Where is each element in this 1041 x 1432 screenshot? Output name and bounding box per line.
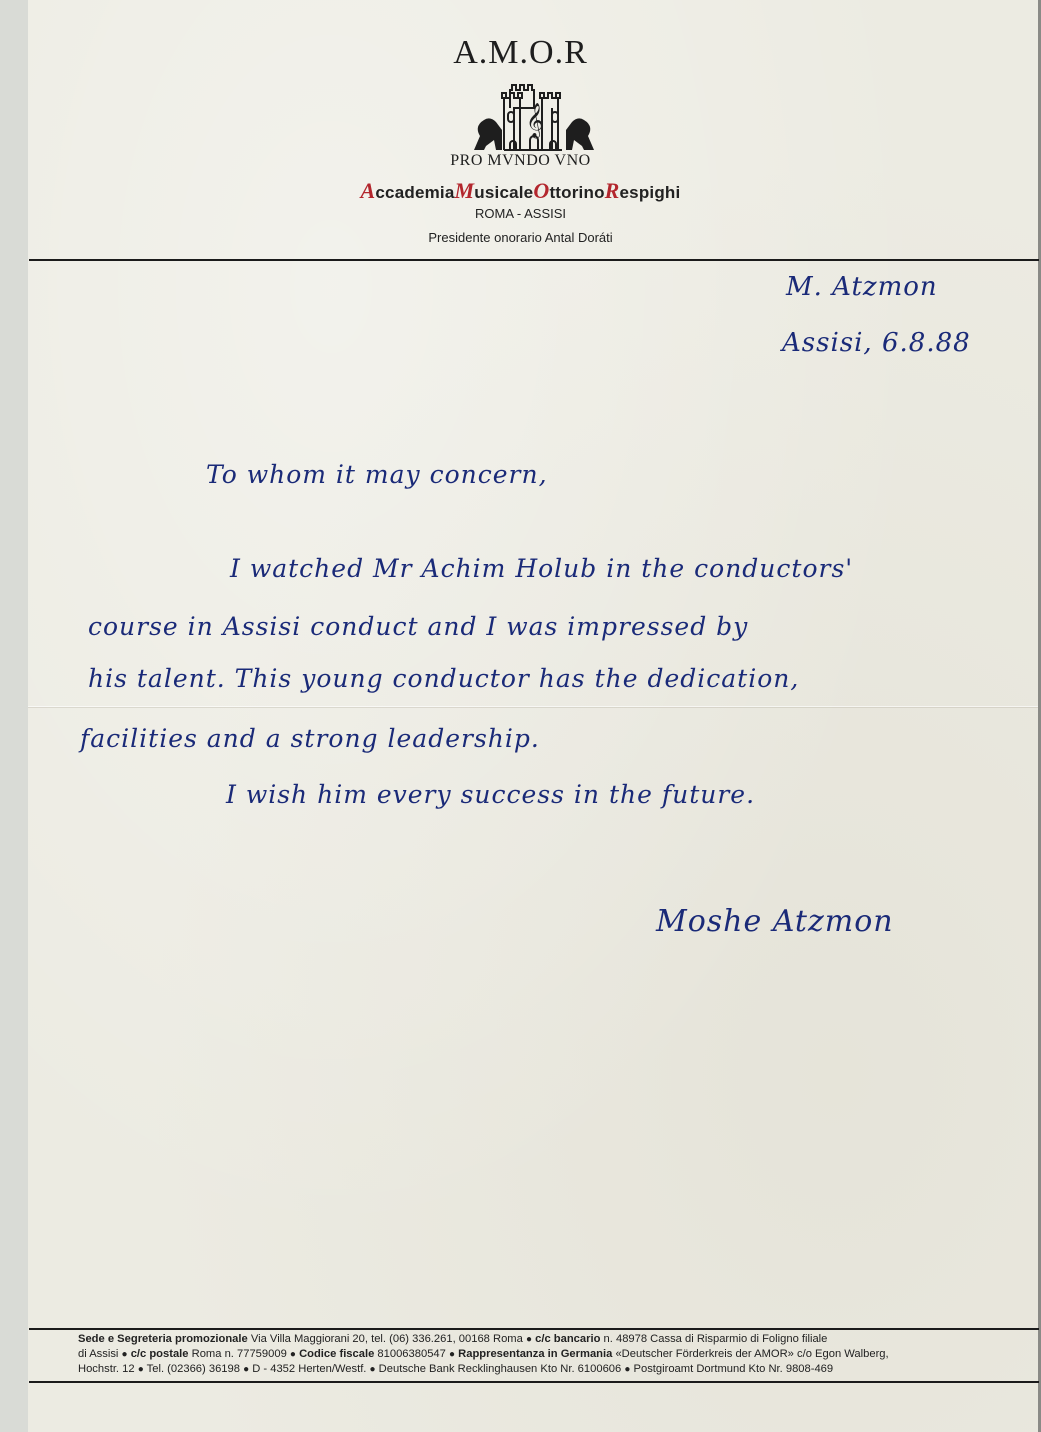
footer-line-1: Sede e Segreteria promozionale Via Villa…	[78, 1332, 1023, 1347]
footer-label: Sede e Segreteria promozionale	[78, 1333, 248, 1345]
academy-name: AccademiaMusicaleOttorinoRespighi	[0, 178, 1041, 204]
header-divider	[29, 259, 1039, 261]
president-line: Presidente onorario Antal Doráti	[0, 230, 1041, 245]
logo-text: A.M.O.R	[0, 36, 1041, 70]
footer-label: Rappresentanza in Germania	[458, 1348, 612, 1360]
body-line: his talent. This young conductor has the…	[88, 664, 799, 693]
svg-text:𝄞: 𝄞	[526, 103, 544, 139]
paper-fold-line	[28, 706, 1038, 707]
body-line: course in Assisi conduct and I was impre…	[88, 612, 748, 641]
footer-label: c/c postale	[131, 1348, 189, 1360]
academy-initial: R	[605, 178, 620, 203]
bullet-icon: ●	[526, 1334, 532, 1345]
footer-line-2: di Assisi ● c/c postale Roma n. 77759009…	[78, 1347, 1023, 1362]
body-line: I watched Mr Achim Holub in the conducto…	[230, 554, 853, 583]
footer-divider-bottom	[29, 1381, 1039, 1383]
footer-text: 81006380547	[374, 1348, 449, 1360]
footer-line-3: Hochstr. 12 ● Tel. (02366) 36198 ● D - 4…	[78, 1362, 1023, 1377]
city-line: ROMA - ASSISI	[0, 206, 1041, 221]
footer-text: n. 48978 Cassa di Risparmio di Foligno f…	[600, 1333, 827, 1345]
footer-text: Via Villa Maggiorani 20, tel. (06) 336.2…	[248, 1333, 526, 1345]
bullet-icon: ●	[290, 1349, 296, 1360]
footer-text: «Deutscher Förderkreis der AMOR» c/o Ego…	[612, 1348, 888, 1360]
footer-address: Sede e Segreteria promozionale Via Villa…	[78, 1332, 1023, 1377]
footer-text: Deutsche Bank Recklinghausen Kto Nr. 610…	[376, 1363, 625, 1375]
castle-emblem-icon: 𝄞	[470, 78, 598, 154]
academy-initial: M	[455, 178, 475, 203]
footer-text: Postgiroamt Dortmund Kto Nr. 9808-469	[630, 1363, 833, 1375]
signature: Moshe Atzmon	[656, 904, 894, 939]
bullet-icon: ●	[449, 1349, 455, 1360]
footer-text: Roma n. 77759009	[189, 1348, 290, 1360]
footer-label: Codice fiscale	[299, 1348, 374, 1360]
footer-text: di Assisi	[78, 1348, 122, 1360]
footer-divider-top	[29, 1328, 1039, 1330]
salutation: To whom it may concern,	[206, 460, 548, 489]
academy-word: ccademia	[375, 183, 454, 202]
motto: PRO MVNDO VNO	[0, 152, 1041, 170]
footer-text: D - 4352 Herten/Westf.	[249, 1363, 369, 1375]
place-date: Assisi, 6.8.88	[782, 328, 971, 358]
footer-label: c/c bancario	[535, 1333, 600, 1345]
sender-name: M. Atzmon	[786, 272, 938, 302]
academy-word: espighi	[620, 183, 681, 202]
footer-text: Hochstr. 12	[78, 1363, 138, 1375]
academy-word: usicale	[474, 183, 533, 202]
body-line: I wish him every success in the future.	[226, 780, 755, 809]
academy-initial: O	[533, 178, 549, 203]
bullet-icon: ●	[122, 1349, 128, 1360]
footer-text: Tel. (02366) 36198	[144, 1363, 243, 1375]
academy-initial: A	[361, 178, 376, 203]
academy-word: ttorino	[549, 183, 604, 202]
body-line: facilities and a strong leadership.	[80, 724, 540, 753]
